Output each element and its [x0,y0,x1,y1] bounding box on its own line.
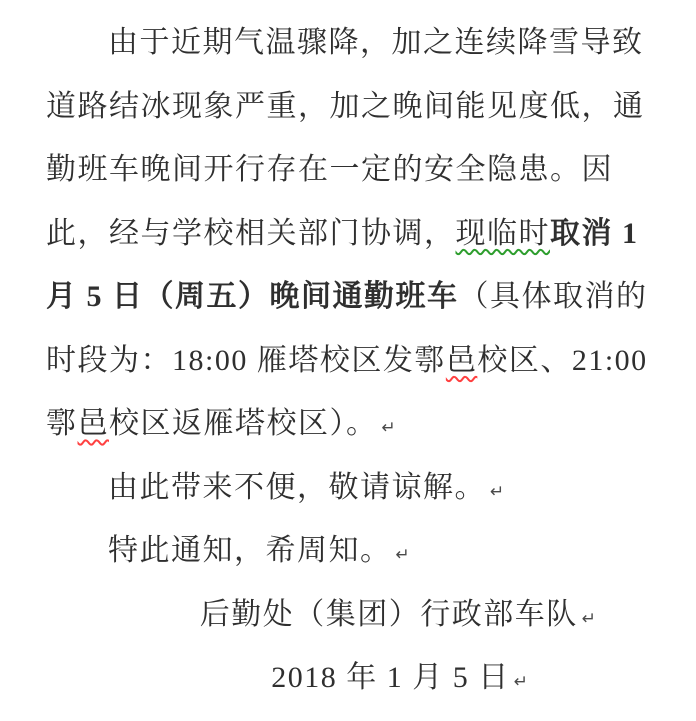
text-line: 2018 年 1 月 5 日↵ [46,646,652,710]
paragraph-mark-icon: ↵ [490,482,504,502]
emphasized-text: 取消 1 [550,217,639,250]
text-segment: 鄠 [46,407,78,440]
text-line: 鄠邑校区返雁塔校区）。↵ [46,392,652,456]
text-segment: 时段为：18:00 雁塔校区发鄠 [46,344,446,377]
text-line: 道路结冰现象严重，加之晚间能见度低，通 [46,75,652,139]
text-segment: 此，经与学校相关部门协调， [46,217,456,250]
text-line: 后勤处（集团）行政部车队↵ [46,583,652,647]
paragraph-mark-icon: ↵ [396,545,410,565]
paragraph-mark-icon: ↵ [514,672,528,692]
spelling-flagged-text: 邑 [446,344,478,377]
text-line: 月 5 日（周五）晚间通勤班车（具体取消的 [46,265,652,329]
text-segment: 特此通知，希周知。 [108,534,392,567]
text-line: 由此带来不便，敬请谅解。↵ [46,456,652,520]
text-line: 此，经与学校相关部门协调，现临时取消 1 [46,202,652,266]
text-segment: 道路结冰现象严重，加之晚间能见度低，通 [46,90,645,123]
text-segment: （具体取消的 [459,280,648,313]
text-line: 时段为：18:00 雁塔校区发鄠邑校区、21:00 [46,329,652,393]
grammar-flagged-text: 现临时 [456,217,551,250]
text-segment: 校区返雁塔校区）。 [109,407,378,440]
paragraph-mark-icon: ↵ [582,609,596,629]
text-segment: 后勤处（集团）行政部车队 [200,598,578,631]
document-body[interactable]: 由于近期气温骤降，加之连续降雪导致道路结冰现象严重，加之晚间能见度低，通勤班车晚… [46,11,652,710]
text-line: 特此通知，希周知。↵ [46,519,652,583]
spelling-flagged-text: 邑 [78,407,110,440]
text-segment: 由于近期气温骤降，加之连续降雪导致 [108,26,644,59]
text-segment: 由此带来不便，敬请谅解。 [108,471,486,504]
text-segment: 2018 年 1 月 5 日 [271,661,510,694]
emphasized-text: 月 5 日（周五）晚间通勤班车 [46,280,459,313]
text-segment: 勤班车晚间开行存在一定的安全隐患。因 [46,153,613,186]
text-segment: 校区、21:00 [477,344,647,377]
paragraph-mark-icon: ↵ [382,418,396,438]
text-line: 勤班车晚间开行存在一定的安全隐患。因 [46,138,652,202]
text-line: 由于近期气温骤降，加之连续降雪导致 [46,11,652,75]
